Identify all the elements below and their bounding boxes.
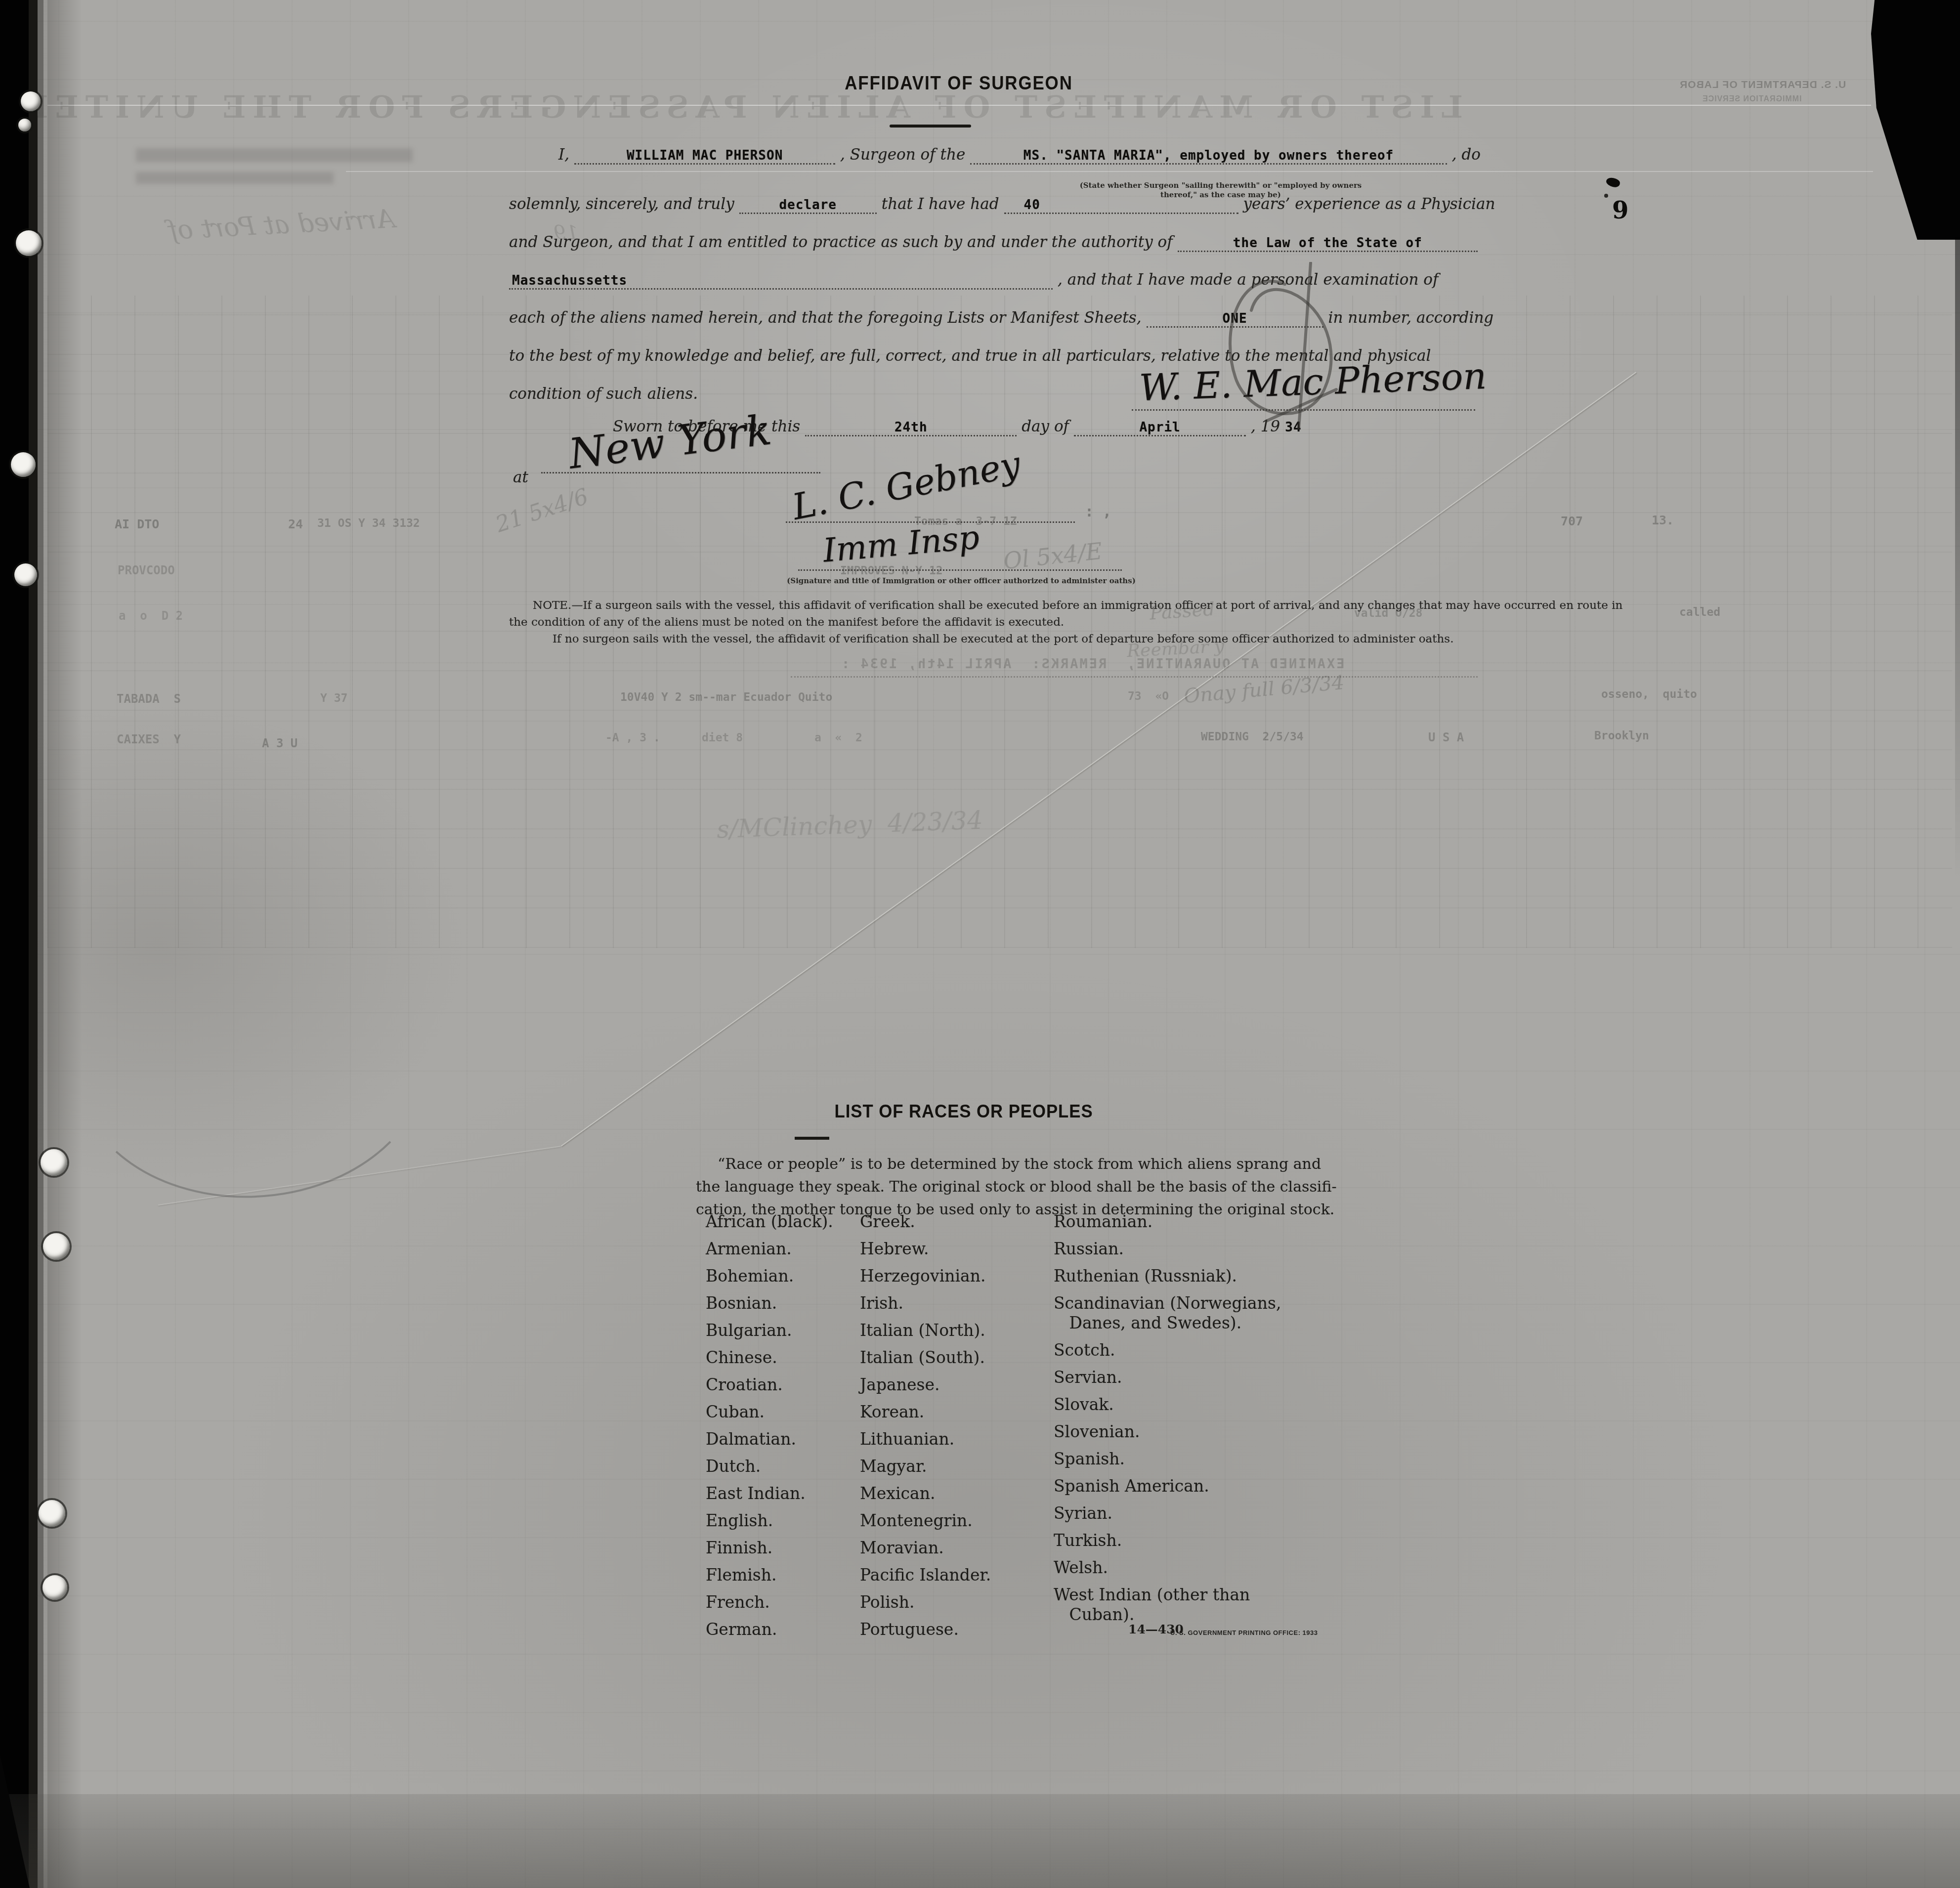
race-item: Korean. — [860, 1402, 991, 1422]
binder-hole — [18, 119, 31, 131]
race-item: Dutch. — [706, 1457, 833, 1476]
races-column-3: Roumanian.Russian.Ruthenian (Russniak).S… — [1054, 1212, 1281, 1632]
scan-corner-black — [1871, 0, 1960, 240]
race-item: Magyar. — [860, 1457, 991, 1476]
binder-hole — [16, 230, 42, 256]
affidavit-line-7: condition of such aliens. — [509, 385, 698, 403]
bleed-through-text: s/MClinchey 4/23/34 — [716, 806, 983, 844]
bleed-through-text: osseno, quito — [1601, 688, 1697, 701]
bleed-through-text: PROVCODO — [118, 563, 175, 577]
binder-hole — [11, 452, 36, 477]
bleed-through-text: 24 — [288, 517, 303, 531]
race-item: Montenegrin. — [860, 1511, 991, 1531]
bleed-through-text: AI DTO — [115, 517, 159, 531]
race-item: Portuguese. — [860, 1620, 991, 1639]
bleed-through-text: Brooklyn — [1594, 729, 1649, 742]
ink-blot — [1605, 175, 1621, 189]
bleed-through-text: LIST OR MANIFEST OF ALIEN PASSENGERS FOR… — [99, 89, 1463, 125]
bleed-through-text: CAIXES Y — [117, 732, 181, 746]
binder-hole — [21, 91, 41, 111]
race-item: Slovak. — [1054, 1395, 1281, 1415]
binder-hole — [41, 1149, 67, 1176]
race-item: Croatian. — [706, 1375, 833, 1395]
race-item: Bosnian. — [706, 1293, 833, 1313]
printing-office-imprint: U. S. GOVERNMENT PRINTING OFFICE: 1933 — [1170, 1629, 1318, 1636]
race-item: Polish. — [860, 1592, 991, 1612]
declare-field: declare — [739, 198, 877, 214]
sworn-month-field: April — [1074, 420, 1246, 436]
affidavit-of-surgeon-page: LIST OR MANIFEST OF ALIEN PASSENGERS FOR… — [0, 0, 1960, 1888]
race-item: Lithuanian. — [860, 1429, 991, 1449]
officer-title-line — [798, 569, 1122, 571]
bleed-through-blur — [136, 172, 334, 184]
line4-post: , and that I have made a personal examin… — [1058, 271, 1438, 289]
race-item: Pacific Islander. — [860, 1565, 991, 1585]
races-column-2: Greek.Hebrew.Herzegovinian.Irish.Italian… — [860, 1212, 991, 1647]
bleed-through-text: a o D 2 — [119, 609, 183, 623]
race-item: Chinese. — [706, 1348, 833, 1368]
at-label: at — [513, 469, 528, 486]
officer-signature: L. C. Gebney — [789, 443, 1023, 528]
note-line-3: If no surgeon sails with the vessel, the… — [553, 633, 1453, 645]
bleed-through-text: Y 37 — [320, 692, 347, 705]
paper-crease — [158, 1146, 561, 1205]
race-item: West Indian (other than Cuban). — [1054, 1585, 1281, 1625]
race-item: Roumanian. — [1054, 1212, 1281, 1232]
page-number: 9 — [1612, 197, 1628, 224]
bleed-through-text: 21 5x4/6 — [493, 484, 592, 537]
bottom-scan-band — [0, 1794, 1960, 1888]
line1-pre: I, — [558, 146, 569, 164]
bleed-through-text: called — [1679, 606, 1720, 619]
bleed-through-text: 707 — [1561, 514, 1583, 528]
state-field: Massachussetts — [509, 273, 1053, 290]
bleed-through-text: : , — [1085, 503, 1111, 520]
line7-text: condition of such aliens. — [509, 385, 698, 403]
affidavit-line-1: I, WILLIAM MAC PHERSON , Surgeon of the … — [558, 146, 1481, 165]
race-item: East Indian. — [706, 1484, 833, 1503]
race-item: Welsh. — [1054, 1558, 1281, 1578]
race-item: German. — [706, 1620, 833, 1639]
bleed-through-text: TABADA S — [117, 692, 181, 706]
race-item: Armenian. — [706, 1239, 833, 1259]
line1-post: , do — [1452, 146, 1481, 164]
affidavit-line-4: Massachussetts , and that I have made a … — [509, 271, 1478, 290]
race-item: Scandinavian (Norwegians, Danes, and Swe… — [1054, 1293, 1281, 1333]
surgeon-signature-line — [1132, 409, 1475, 411]
race-item: Spanish. — [1054, 1449, 1281, 1469]
bleed-through-text: Arrived at Port of — [168, 204, 396, 246]
bleed-through-text: 31 OS Y 34 3132 — [317, 517, 420, 530]
note-line-1: NOTE.—If a surgeon sails with the vessel… — [533, 599, 1622, 612]
bleed-through-text: IMMIGRATION SERVICE — [1702, 95, 1802, 104]
race-item: Italian (North). — [860, 1321, 991, 1340]
bleed-through-text: diet 8 — [702, 731, 743, 744]
binder-hole — [43, 1233, 70, 1260]
binder-hole — [14, 563, 37, 586]
sworn-year-field: 34 — [1285, 420, 1301, 435]
races-column-1: African (black).Armenian.Bohemian.Bosnia… — [706, 1212, 833, 1647]
bleed-through-text: 13. — [1652, 513, 1674, 527]
sworn-day-field: 24th — [805, 420, 1017, 436]
page-edge-shadow — [47, 0, 82, 1888]
race-item: Irish. — [860, 1293, 991, 1313]
line5-post: in number, according — [1328, 309, 1494, 327]
race-item: French. — [706, 1592, 833, 1612]
vessel-field: MS. "SANTA MARIA", employed by owners th… — [970, 148, 1447, 165]
race-item: Dalmatian. — [706, 1429, 833, 1449]
scratch-line — [346, 171, 1873, 172]
line3-pre: and Surgeon, and that I am entitled to p… — [509, 233, 1173, 251]
scan-edge-shadow — [1955, 237, 1960, 880]
race-item: Japanese. — [860, 1375, 991, 1395]
line2-mid: that I have had — [882, 195, 999, 213]
races-title-divider — [795, 1137, 829, 1140]
sheets-field: ONE — [1147, 311, 1323, 328]
bleed-through-text: U S A — [1428, 730, 1464, 744]
line2-pre: solemnly, sincerely, and truly — [509, 195, 734, 213]
race-item: Russian. — [1054, 1239, 1281, 1259]
race-item: Syrian. — [1054, 1503, 1281, 1523]
race-item: African (black). — [706, 1212, 833, 1232]
bleed-through-text: 73 «O — [1128, 690, 1169, 703]
surgeon-name-field: WILLIAM MAC PHERSON — [574, 148, 835, 165]
race-item: Bohemian. — [706, 1266, 833, 1286]
line2-post: years’ experience as a Physician — [1243, 195, 1495, 213]
race-item: Mexican. — [860, 1484, 991, 1503]
line1-mid: , Surgeon of the — [840, 146, 965, 164]
bleed-through-text: 10V40 Y 2 sm--mar Ecuador Quito — [620, 691, 832, 704]
race-item: Turkish. — [1054, 1531, 1281, 1550]
race-item: Scotch. — [1054, 1340, 1281, 1360]
bleed-through-text: EXAMINED AT QUARANTINE, REMARKS: APRIL 1… — [840, 656, 1345, 672]
race-item: Hebrew. — [860, 1239, 991, 1259]
bleed-through-rule — [791, 676, 1478, 678]
scratch-line — [47, 105, 1871, 106]
page-title: AFFIDAVIT OF SURGEON — [822, 73, 1095, 94]
races-section-title: LIST OF RACES OR PEOPLES — [815, 1101, 1112, 1122]
race-item: Moravian. — [860, 1538, 991, 1558]
ink-blot — [1604, 194, 1608, 198]
affidavit-line-3: and Surgeon, and that I am entitled to p… — [509, 233, 1478, 252]
title-divider — [890, 125, 971, 128]
race-item: Cuban. — [706, 1402, 833, 1422]
authority-field: the Law of the State of — [1178, 236, 1478, 252]
binding-edge — [0, 0, 47, 1888]
races-intro-line-1: “Race or people” is to be determined by … — [718, 1156, 1321, 1173]
bleed-through-text: -A , 3 . — [605, 731, 660, 744]
officer-signature-caption: (Signature and title of Immigration or o… — [771, 576, 1151, 586]
race-item: Flemish. — [706, 1565, 833, 1585]
race-item: English. — [706, 1511, 833, 1531]
bleed-through-text: a « 2 — [814, 731, 862, 744]
race-item: Greek. — [860, 1212, 991, 1232]
binder-hole — [43, 1575, 67, 1600]
race-item: Bulgarian. — [706, 1321, 833, 1340]
affidavit-line-5: each of the aliens named herein, and tha… — [509, 309, 1478, 328]
paper-crease — [561, 372, 1636, 1146]
line5-pre: each of the aliens named herein, and tha… — [509, 309, 1142, 327]
pencil-mark — [114, 1122, 400, 1221]
race-item: Herzegovinian. — [860, 1266, 991, 1286]
race-item: Italian (South). — [860, 1348, 991, 1368]
race-item: Spanish American. — [1054, 1476, 1281, 1496]
sworn-mid: day of — [1022, 418, 1069, 435]
bleed-through-blur — [136, 148, 413, 162]
years-field: 40 — [1004, 198, 1238, 214]
races-intro-line-2: the language they speak. The original st… — [696, 1178, 1337, 1196]
sworn-year-prefix: , 19 — [1251, 418, 1280, 435]
race-item: Servian. — [1054, 1368, 1281, 1387]
note-line-2: the condition of any of the aliens must … — [509, 616, 1064, 629]
officer-title-signature: Imm Insp — [821, 518, 980, 569]
race-item: Slovenian. — [1054, 1422, 1281, 1442]
race-item: Finnish. — [706, 1538, 833, 1558]
affidavit-line-2: solemnly, sincerely, and truly declare t… — [509, 195, 1478, 214]
bleed-through-text: A 3 U — [262, 736, 298, 750]
at-line: at — [513, 469, 528, 486]
bleed-through-text: U. S. DEPARTMENT OF LABOR — [1679, 79, 1846, 91]
binder-hole — [39, 1500, 65, 1527]
bleed-through-text: WEDDING 2/5/34 — [1201, 730, 1304, 743]
place-signature: New York — [566, 405, 774, 478]
race-item: Ruthenian (Russniak). — [1054, 1266, 1281, 1286]
